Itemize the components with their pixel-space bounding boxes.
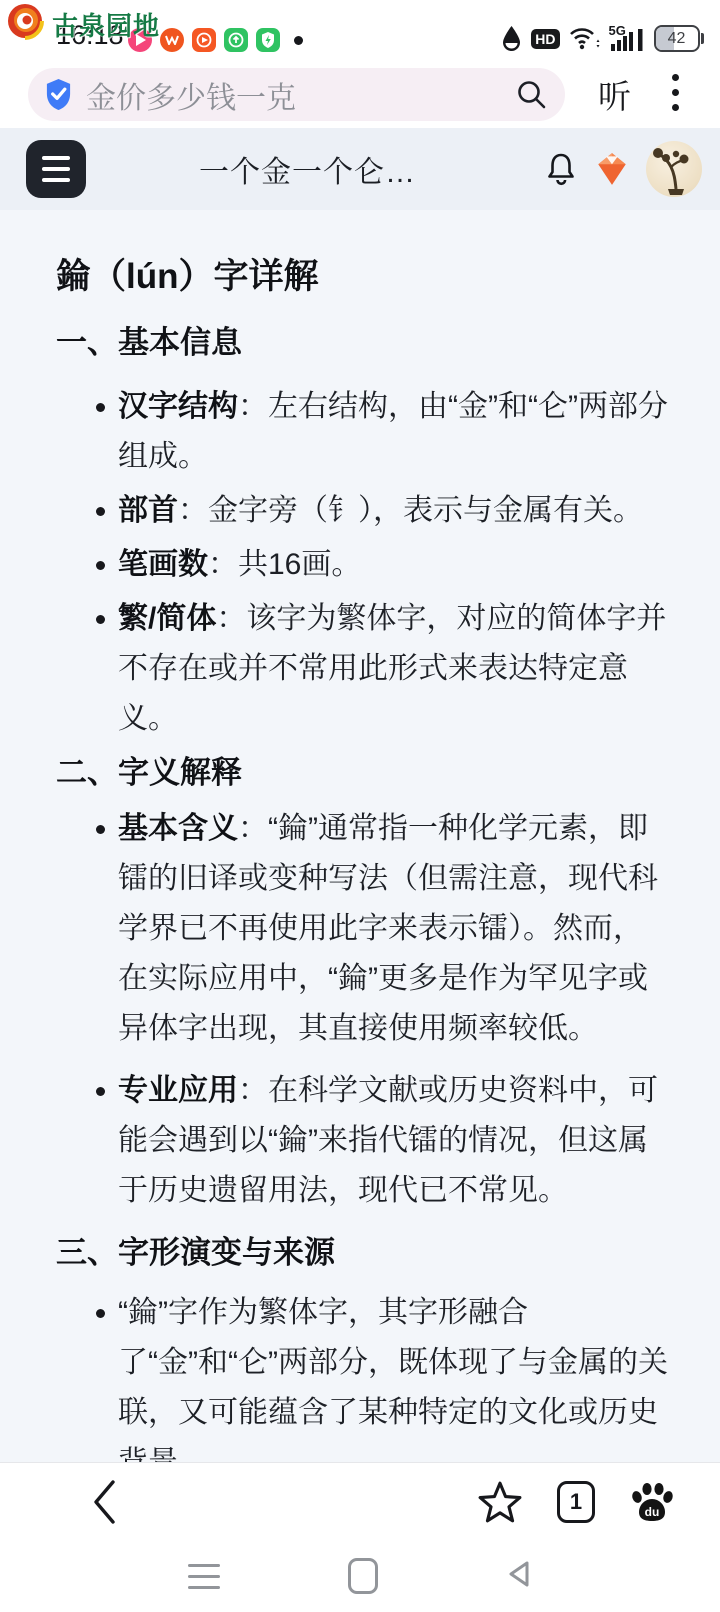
avatar[interactable] <box>646 141 702 197</box>
hd-icon: HD <box>531 29 559 49</box>
bullet-text: ：金字旁（钅），表示与金属有关。 <box>178 494 643 527</box>
list-item: 笔画数：共16画。 <box>56 540 672 590</box>
phone-screen: 古泉园地 16:18 HD <box>0 0 720 1612</box>
search-row: 金价多少钱一克 听 <box>0 60 720 128</box>
tab-count-button[interactable]: 1 <box>552 1463 600 1541</box>
page-title: 一个金一个仑… <box>86 147 529 191</box>
list-item: 繁/简体：该字为繁体字，对应的简体字并不存在或并不常用此形式来表达特定意义。 <box>56 594 672 744</box>
overflow-menu-icon[interactable] <box>672 74 680 111</box>
search-icon[interactable] <box>515 78 549 112</box>
list-item: 汉字结构：左右结构，由“金”和“仑”两部分组成。 <box>56 382 672 482</box>
dot-indicator <box>294 36 303 45</box>
search-input[interactable]: 金价多少钱一克 <box>28 68 565 121</box>
list-item: 专业应用：在科学文献或历史资料中，可能会遇到以“錀”来指代镭的情况，但这属于历史… <box>56 1066 672 1216</box>
shield-app-icon <box>256 28 280 52</box>
list-item: 基本含义：“錀”通常指一种化学元素，即镭的旧译或变种写法（但需注意，现代科学界已… <box>56 804 672 1054</box>
baidu-paw-icon[interactable]: du <box>626 1463 678 1541</box>
listen-button[interactable]: 听 <box>598 71 631 118</box>
dark-mode-drop-icon <box>501 25 522 52</box>
app-header: 一个金一个仑… <box>0 128 720 210</box>
browser-toolbar: 1 du <box>0 1462 720 1540</box>
status-right-icons: HD 5G 42 <box>501 25 704 52</box>
back-nav-button[interactable] <box>506 1559 532 1594</box>
favorite-star-icon[interactable] <box>476 1463 524 1541</box>
notification-bell-icon[interactable] <box>544 151 578 188</box>
section-heading-1: 一、基本信息 <box>56 318 672 368</box>
video-app-icon <box>192 28 216 52</box>
bullet-list-2: 基本含义：“錀”通常指一种化学元素，即镭的旧译或变种写法（但需注意，现代科学界已… <box>56 804 672 1216</box>
gem-icon[interactable] <box>593 150 631 188</box>
article: 錀（lún）字详解 一、基本信息 汉字结构：左右结构，由“金”和“仑”两部分组成… <box>0 210 720 1462</box>
security-shield-icon <box>44 78 73 111</box>
watermark-logo: 古泉园地 <box>4 0 160 46</box>
section-heading-3: 三、字形演变与来源 <box>56 1228 672 1278</box>
bullet-list-3: “錀”字作为繁体字，其字形融合 了“金”和“仑”两部分，既体现了与金属的关联，又… <box>56 1288 672 1462</box>
battery-icon: 42 <box>654 25 705 52</box>
search-query-text: 金价多少钱一克 <box>86 73 515 117</box>
upload-app-icon <box>224 28 248 52</box>
system-navigation-bar <box>0 1540 720 1612</box>
bullet-label: 专业应用 <box>118 1074 238 1107</box>
signal-5g-icon: 5G <box>609 25 645 52</box>
page-content[interactable]: 錀（lún）字详解 一、基本信息 汉字结构：左右结构，由“金”和“仑”两部分组成… <box>0 210 720 1462</box>
swirl-logo-icon <box>4 0 50 46</box>
hamburger-menu-button[interactable] <box>26 140 86 198</box>
svg-text:du: du <box>645 1505 660 1519</box>
bullet-list-1: 汉字结构：左右结构，由“金”和“仑”两部分组成。 部首：金字旁（钅），表示与金属… <box>56 382 672 744</box>
section-heading-2: 二、字义解释 <box>56 748 672 798</box>
back-button[interactable] <box>84 1463 124 1541</box>
bullet-label: 汉字结构 <box>118 390 238 423</box>
tab-count: 1 <box>570 1489 582 1515</box>
status-bar: 古泉园地 16:18 HD <box>0 0 720 60</box>
article-title: 錀（lún）字详解 <box>56 252 672 302</box>
bullet-label: 部首 <box>118 494 178 527</box>
wave-app-icon <box>160 28 184 52</box>
bullet-label: 基本含义 <box>118 812 238 845</box>
battery-percent: 42 <box>668 30 686 48</box>
bullet-label: 繁/简体 <box>118 602 216 635</box>
list-item: 部首：金字旁（钅），表示与金属有关。 <box>56 486 672 536</box>
bullet-text: ：共16画。 <box>208 548 361 581</box>
watermark-text: 古泉园地 <box>52 6 160 43</box>
home-button[interactable] <box>348 1558 378 1594</box>
bullet-text: “錀”字作为繁体字，其字形融合 了“金”和“仑”两部分，既体现了与金属的关联，又… <box>118 1296 668 1462</box>
bullet-label: 笔画数 <box>118 548 208 581</box>
wifi-icon <box>569 25 600 52</box>
bullet-text: ：“錀”通常指一种化学元素，即镭的旧译或变种写法（但需注意，现代科学界已不再使用… <box>118 812 658 1045</box>
recents-button[interactable] <box>188 1564 220 1589</box>
list-item: “錀”字作为繁体字，其字形融合 了“金”和“仑”两部分，既体现了与金属的关联，又… <box>56 1288 672 1462</box>
